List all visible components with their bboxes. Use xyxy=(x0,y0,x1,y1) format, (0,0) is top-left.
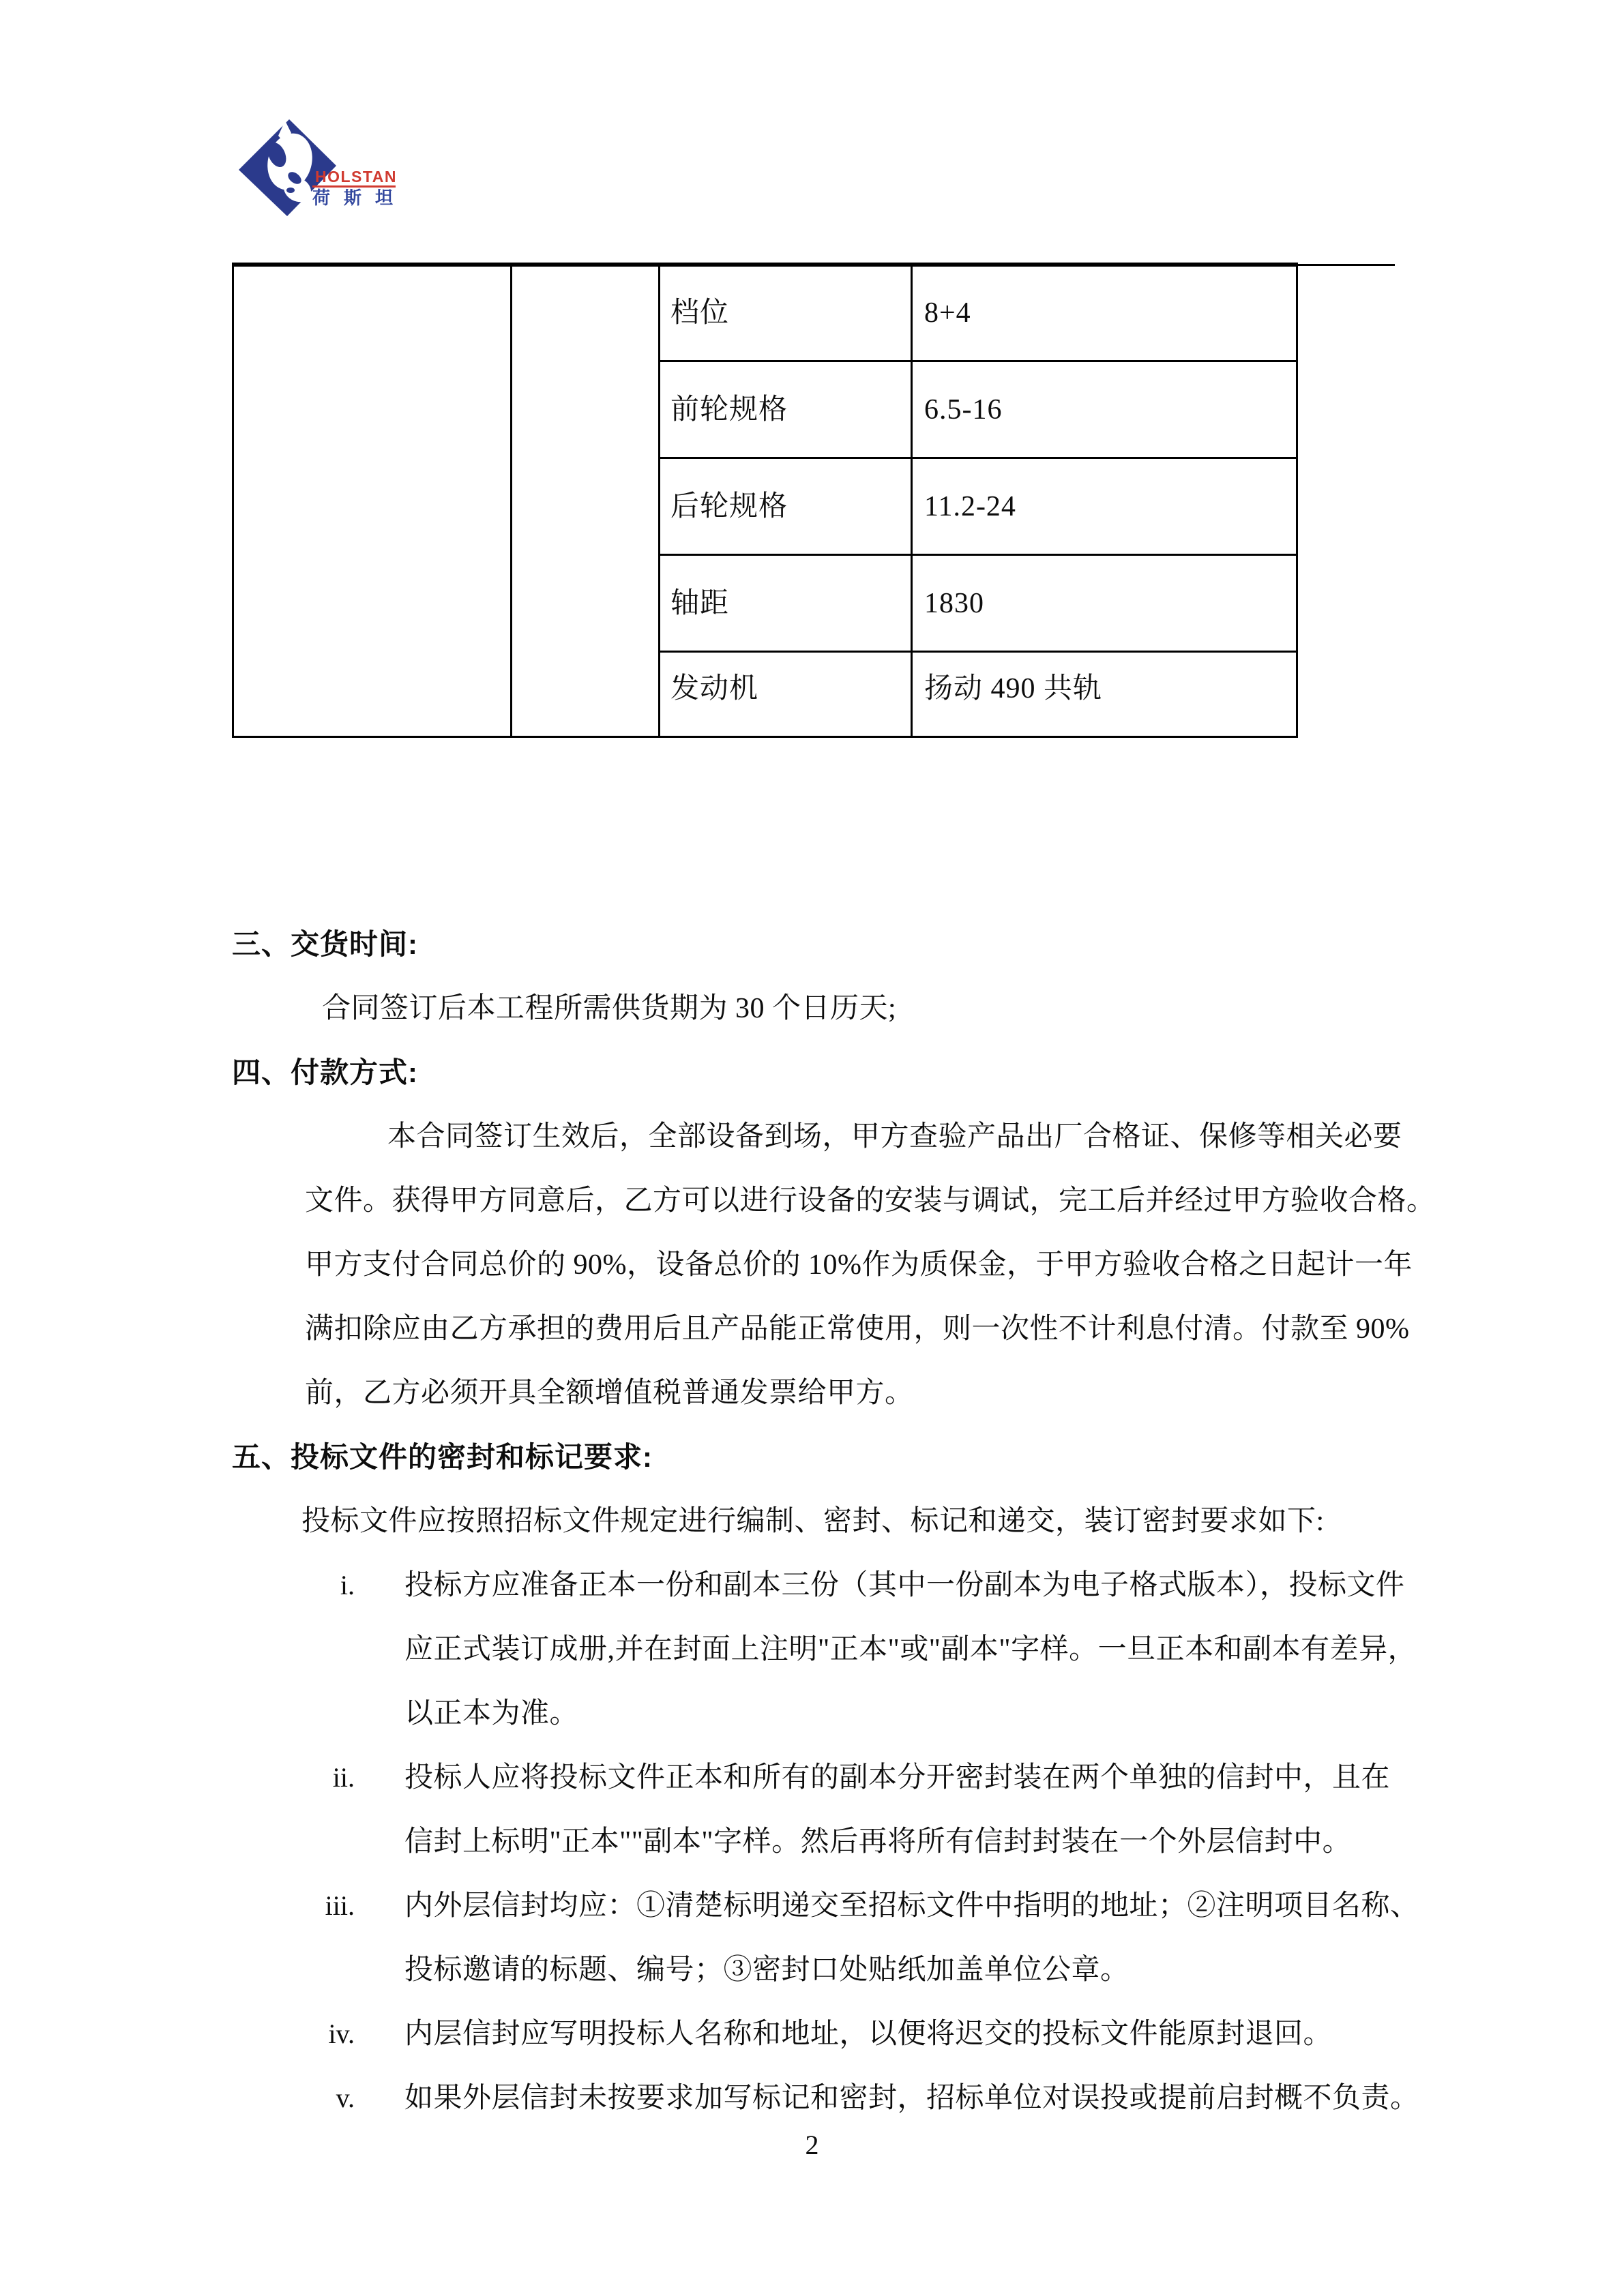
section-heading-payment: 四、付款方式: xyxy=(232,1056,418,1089)
sealing-intro: 投标文件应按照招标文件规定进行编制、密封、标记和递交，装订密封要求如下: xyxy=(301,1505,1325,1538)
list-marker-iii: iii. xyxy=(273,1890,355,1922)
table-top-border-extension xyxy=(1298,264,1395,266)
spec-label: 发动机 xyxy=(670,672,758,705)
list-marker-ii: ii. xyxy=(273,1761,355,1794)
table-row-rule-3 xyxy=(658,554,1298,556)
table-divider-col3 xyxy=(911,263,913,738)
section-heading-sealing: 五、投标文件的密封和标记要求: xyxy=(232,1441,653,1474)
delivery-time-body: 合同签订后本工程所需供货期为 30 个日历天; xyxy=(322,992,896,1025)
payment-paragraph-line2: 文件。获得甲方同意后，乙方可以进行设备的安装与调试，完工后并经过甲方验收合格。 xyxy=(305,1184,1436,1217)
item-i-line2: 应正式装订成册,并在封面上注明"正本"或"副本"字样。一旦正本和副本有差异， xyxy=(404,1633,1417,1666)
item-ii-line2: 信封上标明"正本""副本"字样。然后再将所有信封封装在一个外层信封中。 xyxy=(404,1825,1351,1858)
item-iv-line1: 内层信封应写明投标人名称和地址，以便将迟交的投标文件能原封退回。 xyxy=(404,2018,1332,2051)
spec-value: 8+4 xyxy=(924,297,971,329)
table-row-rule-1 xyxy=(658,360,1298,362)
table-border-right xyxy=(1296,263,1298,738)
spec-value: 11.2-24 xyxy=(924,490,1016,523)
payment-paragraph-line4: 满扣除应由乙方承担的费用后且产品能正常使用，则一次性不计利息付清。付款至 90% xyxy=(305,1313,1410,1345)
spec-value: 1830 xyxy=(924,587,984,620)
item-i-line1: 投标方应准备正本一份和副本三份（其中一份副本为电子格式版本），投标文件 xyxy=(404,1569,1405,1602)
spec-value: 6.5-16 xyxy=(924,393,1003,426)
table-border-left xyxy=(232,263,234,738)
item-iii-line2: 投标邀请的标题、编号；③密封口处贴纸加盖单位公章。 xyxy=(404,1954,1130,1986)
page-number: 2 xyxy=(0,2129,1624,2162)
item-i-line3: 以正本为准。 xyxy=(404,1697,578,1730)
list-marker-v: v. xyxy=(273,2082,355,2115)
document-page: HOLSTAN 荷斯坦 档位 8+4 前轮规格 6.5-16 后轮规格 11.2… xyxy=(0,0,1624,2296)
item-ii-line1: 投标人应将投标文件正本和所有的副本分开密封装在两个单独的信封中，且在 xyxy=(404,1761,1390,1794)
table-bottom-border xyxy=(232,736,1298,738)
payment-paragraph-line5: 前，乙方必须开具全额增值税普通发票给甲方。 xyxy=(305,1377,914,1410)
table-divider-col2 xyxy=(658,263,660,738)
table-divider-col1 xyxy=(510,263,512,738)
list-marker-iv: iv. xyxy=(273,2018,355,2051)
payment-paragraph-line1: 本合同签订生效后，全部设备到场，甲方查验产品出厂合格证、保修等相关必要 xyxy=(387,1120,1402,1153)
table-row-rule-4 xyxy=(658,651,1298,653)
section-heading-delivery-time: 三、交货时间: xyxy=(232,928,418,961)
item-iii-line1: 内外层信封均应：①清楚标明递交至招标文件中指明的地址；②注明项目名称、 xyxy=(404,1890,1419,1922)
spec-label: 前轮规格 xyxy=(670,393,788,426)
spec-value: 扬动 490 共轨 xyxy=(924,672,1102,705)
payment-paragraph-line3: 甲方支付合同总价的 90%，设备总价的 10%作为质保金，于甲方验收合格之日起计… xyxy=(305,1249,1413,1281)
table-row-rule-2 xyxy=(658,457,1298,459)
item-v-line1: 如果外层信封未按要求加写标记和密封，招标单位对误投或提前启封概不负责。 xyxy=(404,2082,1419,2115)
brand-name-en: HOLSTAN xyxy=(315,168,404,186)
spec-label: 档位 xyxy=(670,297,729,329)
spec-label: 后轮规格 xyxy=(670,490,788,523)
list-marker-i: i. xyxy=(273,1569,355,1602)
brand-name-cn: 荷斯坦 xyxy=(312,189,408,207)
spec-label: 轴距 xyxy=(670,587,729,620)
table-top-border xyxy=(232,263,1298,267)
